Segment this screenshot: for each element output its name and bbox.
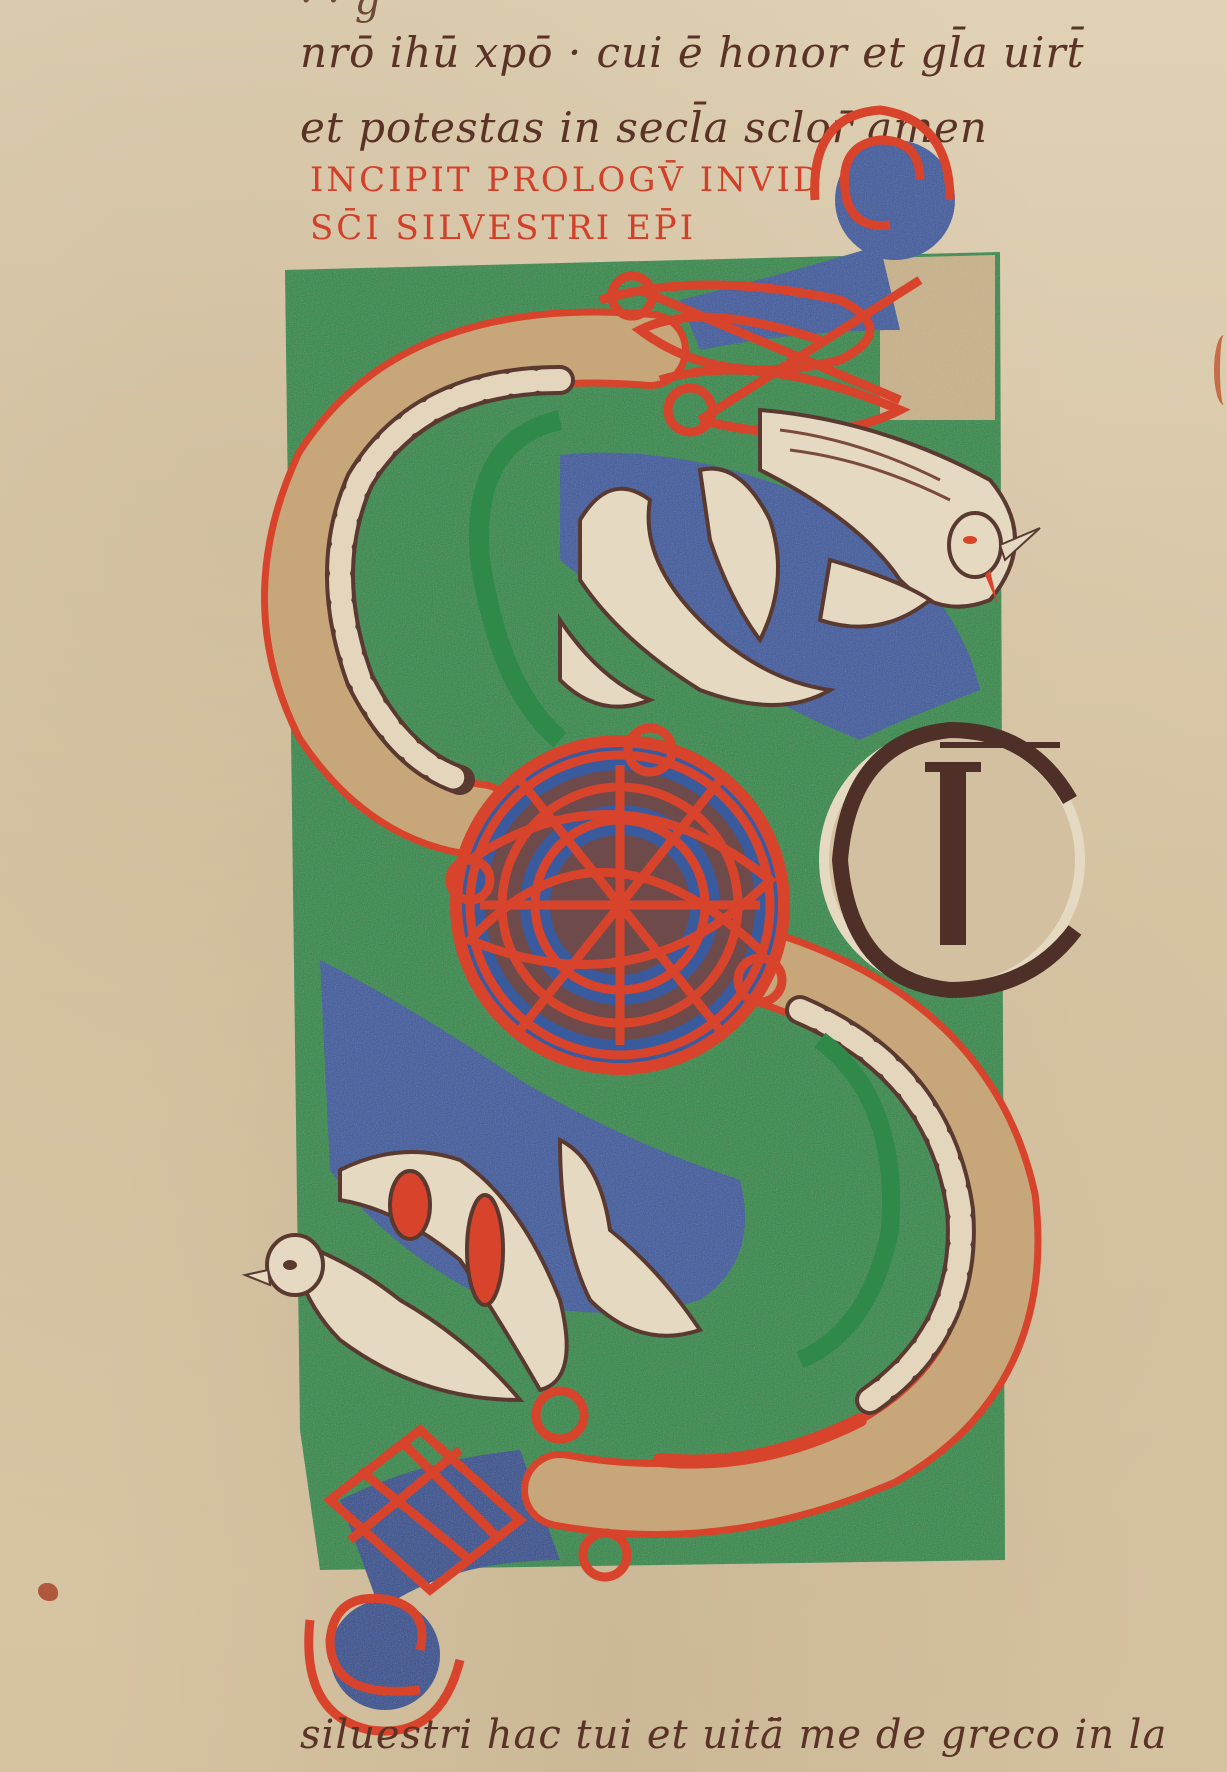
ink-stain [38,1583,58,1601]
illuminated-initial-s [0,0,1227,1772]
inset-ci-roundel [824,730,1080,990]
text-line-bottom: siluestri hac tui et uitā̈ me de greco i… [300,1712,1167,1758]
adjacent-initial-edge [1214,335,1227,405]
